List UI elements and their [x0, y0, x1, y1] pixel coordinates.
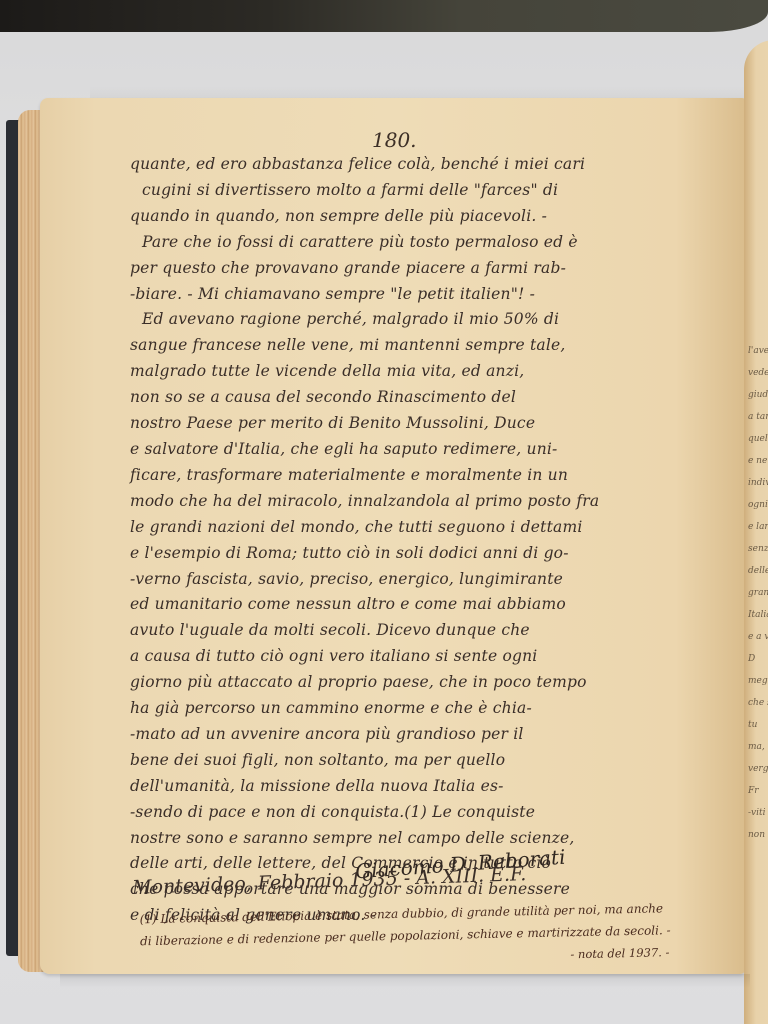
text-line: quando in quando, non sempre delle più p…	[130, 204, 730, 230]
text-line: e salvatore d'Italia, che egli ha saputo…	[130, 437, 730, 463]
text-line: -mato ad un avvenire ancora più grandios…	[130, 722, 730, 748]
adjacent-right-page: l'ave paro vederci a giudicare a tanti q…	[744, 40, 768, 1024]
text-line: bene dei suoi figli, non soltanto, ma pe…	[130, 748, 730, 774]
background-dark-surface	[0, 0, 768, 32]
text-line: ficare, trasformare materialmente e mora…	[130, 463, 730, 489]
text-line: ed umanitario come nessun altro e come m…	[130, 592, 730, 618]
photo-scene: l'ave paro vederci a giudicare a tanti q…	[0, 0, 768, 1024]
text-line: quante, ed ero abbastanza felice colà, b…	[130, 152, 730, 178]
text-line: Pare che io fossi di carattere più tosto…	[130, 230, 730, 256]
text-line: nostro Paese per merito di Benito Mussol…	[130, 411, 730, 437]
text-line: dell'umanità, la missione della nuova It…	[130, 774, 730, 800]
text-line: le grandi nazioni del mondo, che tutti s…	[130, 515, 730, 541]
adjacent-page-text: l'ave paro vederci a giudicare a tanti q…	[748, 340, 768, 846]
manuscript-body: quante, ed ero abbastanza felice colà, b…	[130, 152, 730, 929]
text-line: -verno fascista, savio, preciso, energic…	[130, 567, 730, 593]
text-line: avuto l'uguale da molti secoli. Dicevo d…	[130, 618, 730, 644]
text-line: ha già percorso un cammino enorme e che …	[130, 696, 730, 722]
footnote: (1) La conquista dell'Etiopia è stata, s…	[139, 896, 740, 975]
text-line: malgrado tutte le vicende della mia vita…	[130, 359, 730, 385]
text-line: giorno più attaccato al proprio paese, c…	[130, 670, 730, 696]
text-line: a causa di tutto ciò ogni vero italiano …	[130, 644, 730, 670]
page-bottom-shadow	[60, 974, 750, 988]
text-line: -biare. - Mi chiamavano sempre "le petit…	[130, 282, 730, 308]
text-line: nostre sono e saranno sempre nel campo d…	[130, 826, 730, 852]
text-line: per questo che provavano grande piacere …	[130, 256, 730, 282]
text-line: sangue francese nelle vene, mi mantenni …	[130, 333, 730, 359]
text-line: non so se a causa del secondo Rinascimen…	[130, 385, 730, 411]
text-line: modo che ha del miracolo, innalzandola a…	[130, 489, 730, 515]
text-line: Ed avevano ragione perché, malgrado il m…	[130, 307, 730, 333]
text-line: -sendo di pace e non di conquista.(1) Le…	[130, 800, 730, 826]
text-line: e l'esempio di Roma; tutto ciò in soli d…	[130, 541, 730, 567]
text-line: cugini si divertissero molto a farmi del…	[130, 178, 730, 204]
page-number: 180.	[372, 128, 417, 152]
